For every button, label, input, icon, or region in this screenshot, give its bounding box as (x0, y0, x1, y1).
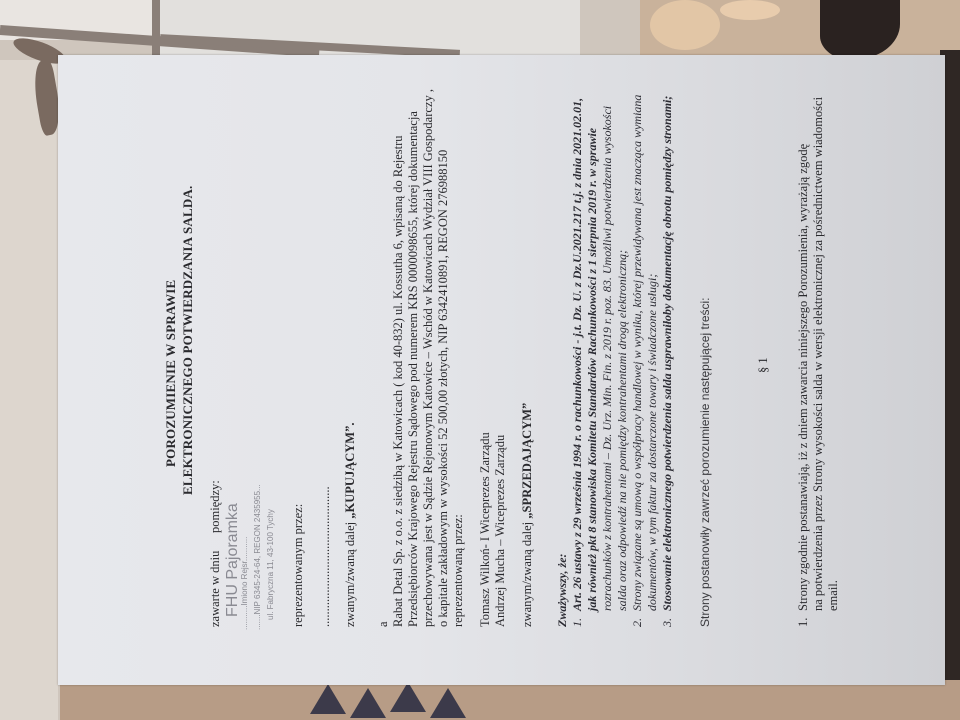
section1-item-1-num: 1. (796, 618, 811, 627)
seller-line-4: o kapitale zakładowym w wysokości 52 500… (436, 150, 451, 627)
whereas-3-num: 3. (660, 618, 675, 627)
whereas-1-line-3: rozrachunków z kontrahentami – Dz. Urz. … (600, 106, 615, 611)
tile-grout (152, 0, 160, 60)
and-label: a (376, 621, 391, 627)
concluded-on-label: zawarte w dniu (208, 551, 223, 627)
whereas-1-num: 1. (570, 618, 585, 627)
seller-alias: zwanym/zwaną dalej „SPRZEDAJĄCYM” (520, 403, 535, 627)
whereas-1-line-2: jak również pkt 8 stanowiska Komitetu St… (585, 128, 600, 611)
seller-alias-name: „SPRZEDAJĄCYM” (520, 403, 534, 519)
whereas-2-line-2: dokumentów, w tym faktur za dostarczone … (645, 274, 660, 611)
document-title-line2: ELEKTRONICZNEGO POTWIERDZANIA SALDA. (180, 185, 196, 495)
whereas-3-line-1: Stosowanie elektronicznego potwierdzenia… (660, 96, 675, 611)
between-label: pomiędzy: (208, 480, 223, 533)
buyer-alias-prefix: zwanym/zwaną dalej (343, 519, 357, 627)
whereas-1-line-4: salda oraz odpowiedź na nie pomiędzy kon… (615, 250, 630, 611)
whereas-1-line-1: Art. 26 ustawy z 29 września 1994 r. o r… (570, 98, 585, 611)
seller-line-5: reprezentowaną przez: (451, 514, 466, 627)
rug-pattern (720, 0, 780, 20)
rug-pattern (60, 680, 960, 720)
section1-item-1-line-3: email. (826, 580, 841, 611)
buyer-alias: zwanym/zwaną dalej „KUPUJĄCYM”. (343, 423, 358, 627)
buyer-alias-name: „KUPUJĄCYM”. (343, 423, 357, 519)
seller-line-1: Rabat Detal Sp. z o.o. z siedzibą w Kato… (391, 135, 406, 627)
represented-by-buyer: reprezentowanym przez: (291, 504, 306, 627)
seller-line-2: Przedsiębiorców Krajowego Rejestru Sądow… (406, 111, 421, 627)
buyer-stamp-line1: ...........Imiono Rejsr........... (240, 537, 249, 630)
buyer-stamp-line3: ul. Fabryczna 11, 43-100 Tychy (266, 509, 275, 620)
section1-item-1-line-1: Strony zgodnie postanawiają, iż z dniem … (796, 144, 811, 611)
rug-pattern (650, 0, 720, 50)
whereas-heading: Zważywszy, że: (555, 553, 570, 627)
seller-alias-prefix: zwanym/zwaną dalej (520, 519, 534, 627)
representative-2: Andrzej Mucha – Wiceprezes Zarządu (493, 435, 508, 627)
document-page: POROZUMIENIE W SPRAWIE ELEKTRONICZNEGO P… (58, 55, 945, 685)
section1-item-1-line-2: na potwierdzenia przez Strony wysokości … (811, 97, 826, 611)
signature-dotted-line: ........................................… (318, 486, 333, 627)
buyer-stamp-line2: .......NIP 6345-24-64, REGON 2435955... (253, 484, 262, 630)
document-title-line1: POROZUMIENIE W SPRAWIE (163, 280, 179, 467)
section-mark: § 1 (756, 357, 771, 373)
whereas-2-line-1: Strony związane są umową o współpracy ha… (630, 95, 645, 611)
whereas-2-num: 2. (630, 618, 645, 627)
parties-decided-text: Strony postanowiły zawrzeć porozumienie … (698, 298, 712, 628)
seller-line-3: przechowywana jest w Sądzie Rejonowym Ka… (421, 89, 436, 627)
representative-1: Tomasz Wilkoń- I Wiceprezes Zarządu (478, 432, 493, 627)
floor-area (0, 60, 58, 720)
